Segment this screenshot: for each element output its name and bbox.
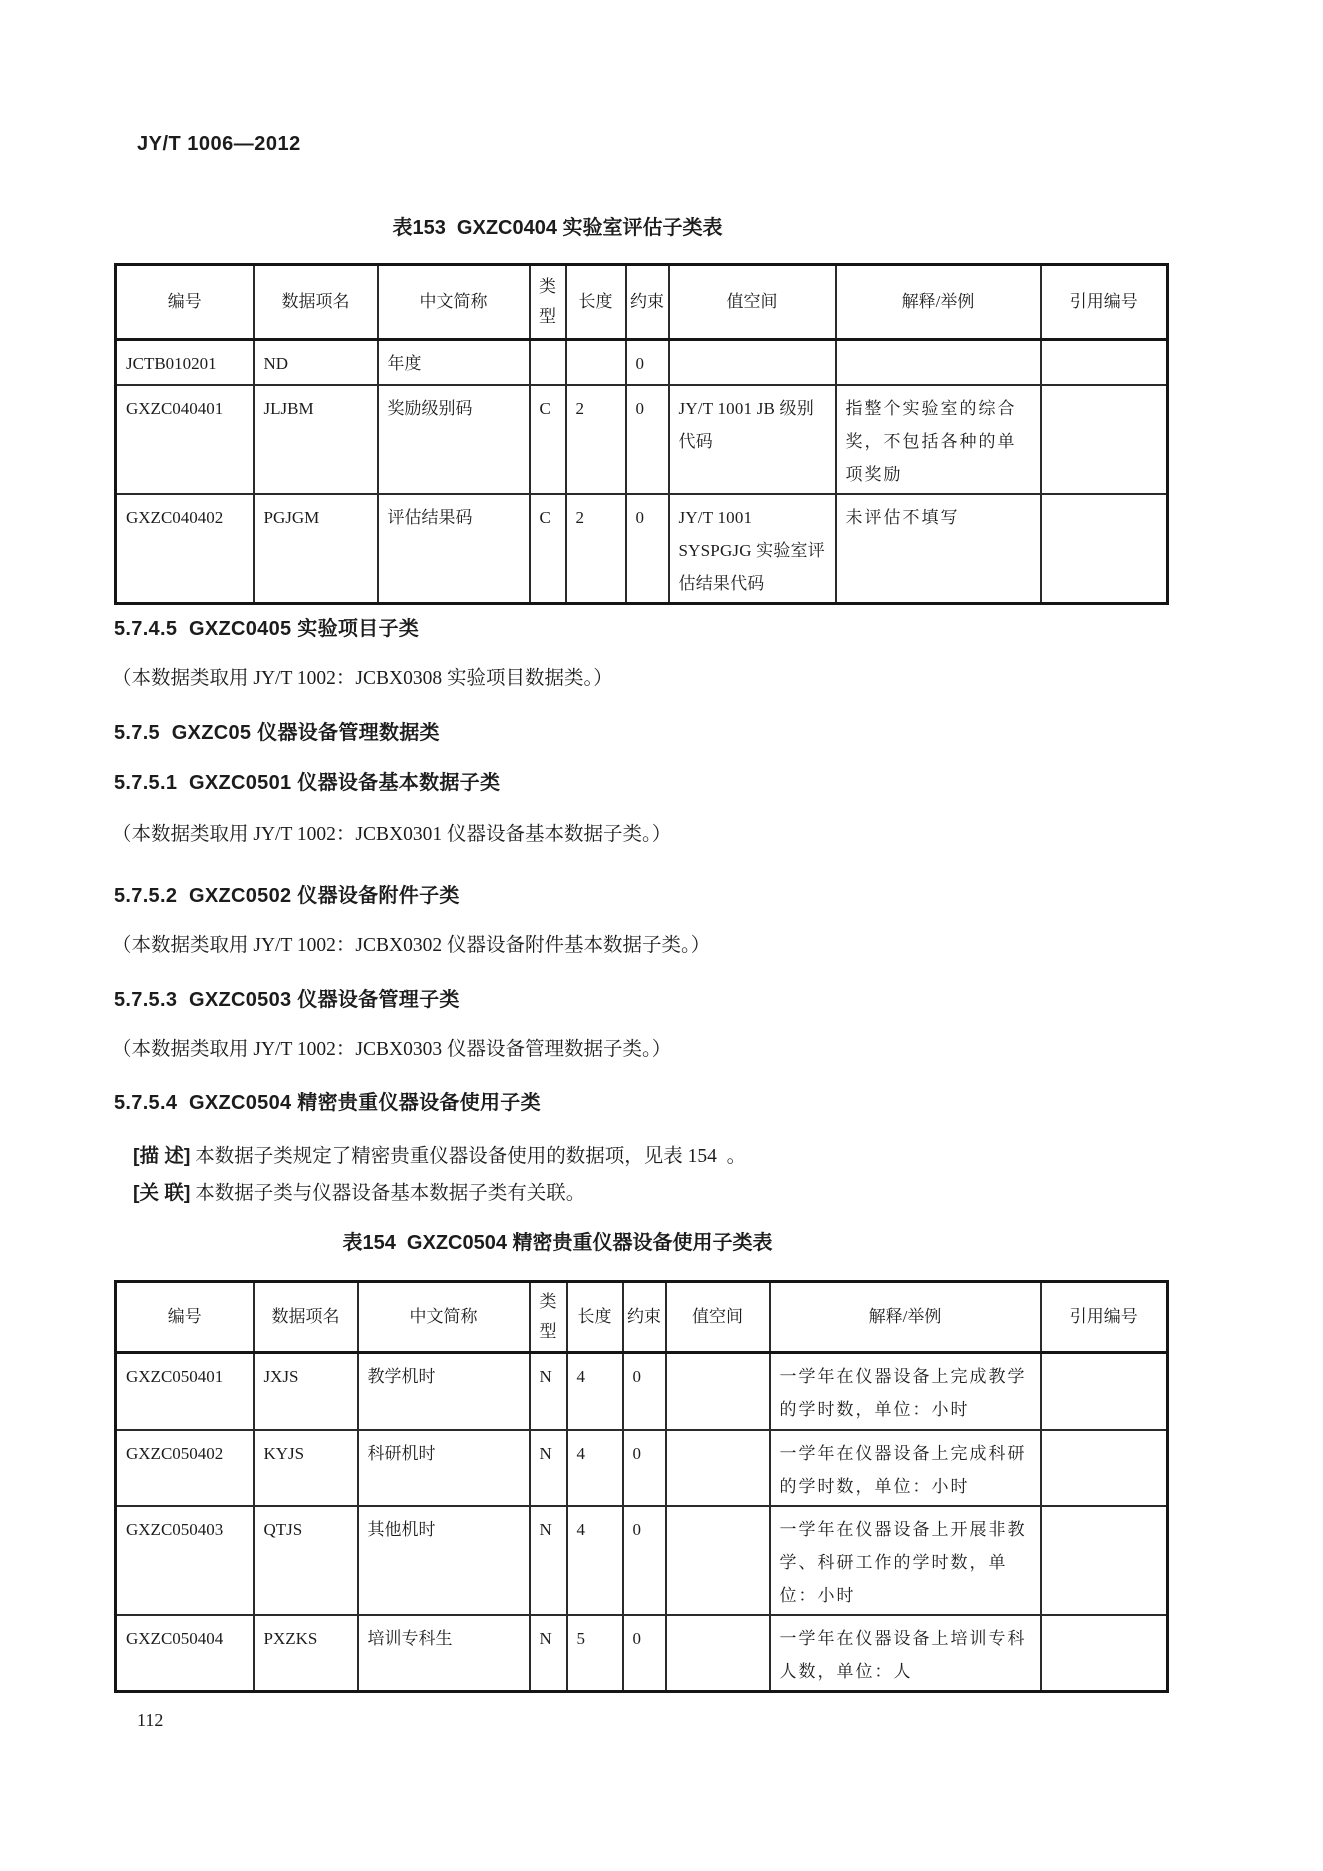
- table-row: GXZC040401 JLJBM 奖励级别码 C 2 0 JY/T 1001 J…: [116, 385, 1168, 494]
- cell-explanation: 一学年在仪器设备上开展非教学、科研工作的学时数，单位：小时: [770, 1506, 1041, 1615]
- cell-ref: [1041, 340, 1168, 385]
- cell-type: N: [530, 1430, 567, 1506]
- cell-value-space: [666, 1430, 770, 1506]
- cell-code: GXZC050402: [116, 1430, 254, 1506]
- cell-ref: [1041, 385, 1168, 494]
- cell-item-name: PGJGM: [254, 494, 378, 604]
- header-constraint: 约束: [623, 1282, 666, 1353]
- cell-code: JCTB010201: [116, 340, 254, 385]
- header-cn-name: 中文简称: [358, 1282, 530, 1353]
- doc-code: JY/T 1006—2012: [137, 133, 301, 156]
- description-text: 本数据子类规定了精密贵重仪器设备使用的数据项，见表 154 。: [190, 1146, 746, 1167]
- cell-length: 4: [567, 1430, 623, 1506]
- cell-code: GXZC040402: [116, 494, 254, 604]
- description-label: [描 述]: [133, 1145, 190, 1167]
- paragraph-5-7-4-5: （本数据类取用 JY/T 1002：JCBX0308 实验项目数据类。）: [112, 662, 613, 690]
- header-item-name: 数据项名: [254, 1282, 358, 1353]
- cell-item-name: JXJS: [254, 1353, 358, 1430]
- description-line: [描 述] 本数据子类规定了精密贵重仪器设备使用的数据项，见表 154 。: [133, 1140, 746, 1168]
- cell-item-name: QTJS: [254, 1506, 358, 1615]
- cell-explanation: [836, 340, 1041, 385]
- cell-cn-name: 奖励级别码: [378, 385, 530, 494]
- header-ref-code: 引用编号: [1041, 265, 1168, 340]
- cell-value-space: [666, 1353, 770, 1430]
- cell-type: N: [530, 1615, 567, 1692]
- table153: 编号 数据项名 中文简称 类型 长度 约束 值空间 解释/举例 引用编号 JCT…: [114, 263, 1169, 605]
- header-code: 编号: [116, 265, 254, 340]
- cell-explanation: 未评估不填写: [836, 494, 1041, 604]
- cell-length: 2: [566, 494, 626, 604]
- cell-cn-name: 年度: [378, 340, 530, 385]
- cell-item-name: ND: [254, 340, 378, 385]
- cell-item-name: JLJBM: [254, 385, 378, 494]
- cell-type: N: [530, 1506, 567, 1615]
- table154: 编号 数据项名 中文简称 类型 长度 约束 值空间 解释/举例 引用编号 GXZ…: [114, 1280, 1169, 1693]
- heading-5-7-5-2: 5.7.5.2 GXZC0502 仪器设备附件子类: [114, 879, 460, 908]
- cell-constraint: 0: [626, 494, 669, 604]
- paragraph-5-7-5-2: （本数据类取用 JY/T 1002：JCBX0302 仪器设备附件基本数据子类。…: [112, 929, 710, 957]
- paragraph-5-7-5-1: （本数据类取用 JY/T 1002：JCBX0301 仪器设备基本数据子类。）: [112, 818, 671, 846]
- table153-title: 表153 GXZC0404 实验室评估子类表: [115, 211, 1000, 240]
- cell-constraint: 0: [623, 1430, 666, 1506]
- cell-code: GXZC050404: [116, 1615, 254, 1692]
- cell-code: GXZC050401: [116, 1353, 254, 1430]
- cell-value-space: JY/T 1001 JB 级别代码: [669, 385, 836, 494]
- paragraph-5-7-5-3: （本数据类取用 JY/T 1002：JCBX0303 仪器设备管理数据子类。）: [112, 1033, 671, 1061]
- cell-explanation: 一学年在仪器设备上培训专科人数，单位：人: [770, 1615, 1041, 1692]
- cell-cn-name: 评估结果码: [378, 494, 530, 604]
- cell-value-space: JY/T 1001 SYSPGJG 实验室评估结果代码: [669, 494, 836, 604]
- cell-item-name: KYJS: [254, 1430, 358, 1506]
- header-length: 长度: [567, 1282, 623, 1353]
- table153-header-row: 编号 数据项名 中文简称 类型 长度 约束 值空间 解释/举例 引用编号: [116, 265, 1168, 340]
- cell-type: C: [530, 494, 566, 604]
- cell-constraint: 0: [623, 1615, 666, 1692]
- cell-ref: [1041, 1615, 1168, 1692]
- header-value-space: 值空间: [666, 1282, 770, 1353]
- header-code: 编号: [116, 1282, 254, 1353]
- cell-cn-name: 教学机时: [358, 1353, 530, 1430]
- cell-type: [530, 340, 566, 385]
- cell-ref: [1041, 1506, 1168, 1615]
- header-cn-name: 中文简称: [378, 265, 530, 340]
- cell-constraint: 0: [623, 1506, 666, 1615]
- heading-5-7-5-1: 5.7.5.1 GXZC0501 仪器设备基本数据子类: [114, 766, 500, 795]
- cell-ref: [1041, 1353, 1168, 1430]
- table-row: GXZC050404 PXZKS 培训专科生 N 5 0 一学年在仪器设备上培训…: [116, 1615, 1168, 1692]
- header-length: 长度: [566, 265, 626, 340]
- cell-cn-name: 其他机时: [358, 1506, 530, 1615]
- cell-value-space: [669, 340, 836, 385]
- header-type: 类型: [530, 1282, 567, 1353]
- table154-header-row: 编号 数据项名 中文简称 类型 长度 约束 值空间 解释/举例 引用编号: [116, 1282, 1168, 1353]
- page-number: 112: [137, 1710, 163, 1731]
- cell-type: N: [530, 1353, 567, 1430]
- relation-line: [关 联] 本数据子类与仪器设备基本数据子类有关联。: [133, 1177, 585, 1205]
- cell-explanation: 一学年在仪器设备上完成教学的学时数，单位：小时: [770, 1353, 1041, 1430]
- cell-length: 4: [567, 1353, 623, 1430]
- cell-length: 5: [567, 1615, 623, 1692]
- relation-text: 本数据子类与仪器设备基本数据子类有关联。: [190, 1183, 585, 1204]
- cell-cn-name: 培训专科生: [358, 1615, 530, 1692]
- cell-type: C: [530, 385, 566, 494]
- cell-cn-name: 科研机时: [358, 1430, 530, 1506]
- cell-length: 4: [567, 1506, 623, 1615]
- table-row: JCTB010201 ND 年度 0: [116, 340, 1168, 385]
- cell-length: 2: [566, 385, 626, 494]
- header-type: 类型: [530, 265, 566, 340]
- cell-code: GXZC050403: [116, 1506, 254, 1615]
- cell-constraint: 0: [623, 1353, 666, 1430]
- heading-5-7-5-3: 5.7.5.3 GXZC0503 仪器设备管理子类: [114, 983, 460, 1012]
- table154-title: 表154 GXZC0504 精密贵重仪器设备使用子类表: [115, 1226, 1000, 1255]
- cell-code: GXZC040401: [116, 385, 254, 494]
- table-row: GXZC040402 PGJGM 评估结果码 C 2 0 JY/T 1001 S…: [116, 494, 1168, 604]
- relation-label: [关 联]: [133, 1182, 190, 1204]
- cell-value-space: [666, 1615, 770, 1692]
- cell-explanation: 一学年在仪器设备上完成科研的学时数，单位：小时: [770, 1430, 1041, 1506]
- header-explanation: 解释/举例: [770, 1282, 1041, 1353]
- table-row: GXZC050401 JXJS 教学机时 N 4 0 一学年在仪器设备上完成教学…: [116, 1353, 1168, 1430]
- header-constraint: 约束: [626, 265, 669, 340]
- cell-constraint: 0: [626, 385, 669, 494]
- cell-explanation: 指整个实验室的综合奖，不包括各种的单项奖励: [836, 385, 1041, 494]
- table-row: GXZC050403 QTJS 其他机时 N 4 0 一学年在仪器设备上开展非教…: [116, 1506, 1168, 1615]
- table-row: GXZC050402 KYJS 科研机时 N 4 0 一学年在仪器设备上完成科研…: [116, 1430, 1168, 1506]
- heading-5-7-5: 5.7.5 GXZC05 仪器设备管理数据类: [114, 716, 440, 745]
- header-value-space: 值空间: [669, 265, 836, 340]
- cell-length: [566, 340, 626, 385]
- cell-constraint: 0: [626, 340, 669, 385]
- cell-ref: [1041, 1430, 1168, 1506]
- header-ref-code: 引用编号: [1041, 1282, 1168, 1353]
- heading-5-7-4-5: 5.7.4.5 GXZC0405 实验项目子类: [114, 612, 419, 641]
- cell-value-space: [666, 1506, 770, 1615]
- cell-item-name: PXZKS: [254, 1615, 358, 1692]
- header-explanation: 解释/举例: [836, 265, 1041, 340]
- heading-5-7-5-4: 5.7.5.4 GXZC0504 精密贵重仪器设备使用子类: [114, 1086, 541, 1115]
- document-page: JY/T 1006—2012 表153 GXZC0404 实验室评估子类表 编号…: [0, 0, 1323, 1871]
- cell-ref: [1041, 494, 1168, 604]
- header-item-name: 数据项名: [254, 265, 378, 340]
